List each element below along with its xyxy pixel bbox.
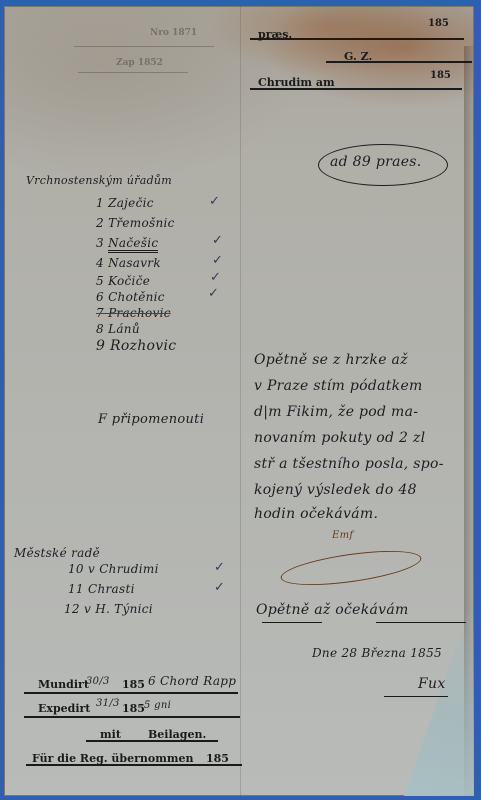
list-item: 4 Nasavrk (96, 256, 161, 270)
closing-line: Opětně až očekávám (256, 602, 409, 618)
chrudim-rule (250, 88, 462, 90)
list-item: 8 Lánů (96, 322, 140, 336)
document-sheet: Nro 1871 Zap 1852 præs. 185 G. Z. Chrudi… (4, 6, 474, 796)
uebernommen-rule (26, 764, 242, 766)
list-heading: Vrchnostenským úřadům (26, 174, 172, 187)
check-mark-icon: ✓ (209, 194, 220, 209)
list-item: 1 Zaječic (96, 196, 154, 210)
gz-rule (326, 61, 472, 63)
main-text-line: stř a tšestního posla, spo- (254, 456, 444, 472)
check-mark-icon: ✓ (210, 270, 221, 285)
faded-rule (74, 46, 214, 47)
expedirt-rule (24, 716, 240, 718)
main-text-line: d|m Fikim, že pod ma- (254, 404, 418, 420)
initials: Emf (332, 530, 353, 541)
beilagen-rule (86, 740, 218, 742)
mundirt-rule (24, 692, 238, 694)
underline (262, 622, 322, 623)
mundirt-label: Mundirt (38, 678, 89, 691)
faded-rule (78, 72, 188, 73)
reminder-note: F připomenouti (98, 412, 204, 427)
town-item: 10 v Chrudimi (68, 562, 159, 576)
mundirt-date: 30/3 (86, 676, 110, 687)
check-mark-icon: ✓ (214, 560, 225, 575)
list-item: 3 Načešic (96, 236, 158, 250)
mundirt-handwriting: 6 Chord Rapp (148, 674, 236, 688)
check-mark-icon: ✓ (208, 286, 219, 301)
list-item: 9 Rozhovic (96, 338, 176, 354)
main-text-line: Opětně se z hrzke až (254, 352, 408, 368)
mundirt-year: 185 (122, 678, 145, 691)
reference-text: ad 89 praes. (330, 154, 422, 170)
expedirt-handwriting: 5 gni (144, 700, 171, 711)
faded-stamp: Nro 1871 (150, 28, 197, 38)
town-item: 12 v H. Týnici (64, 602, 153, 616)
town-item: 11 Chrasti (68, 582, 135, 596)
check-mark-icon: ✓ (212, 253, 223, 268)
expedirt-label: Expedirt (38, 702, 90, 715)
flourish (279, 544, 424, 591)
town-heading: Městské radě (14, 546, 100, 560)
signature-rule (384, 696, 448, 697)
check-mark-icon: ✓ (212, 233, 223, 248)
list-item: 2 Třemošnic (96, 216, 175, 230)
date-line: Dne 28 Března 1855 (312, 646, 442, 660)
praes-rule (250, 38, 464, 40)
list-item: 6 Chotěnic (96, 290, 165, 304)
list-item: 5 Kočiče (96, 274, 150, 288)
main-text-line: hodin očekávám. (254, 506, 378, 522)
signature: Fux (418, 676, 446, 692)
check-mark-icon: ✓ (214, 580, 225, 595)
list-item-struck: 7 Prachovic (96, 306, 171, 320)
faded-stamp-sub: Zap 1852 (116, 58, 163, 68)
chrudim-year: 185 (430, 70, 451, 81)
main-text-line: v Praze stím pódatkem (254, 378, 423, 394)
main-text-line: novaním pokuty od 2 zl (254, 430, 425, 446)
expedirt-year: 185 (122, 702, 145, 715)
fold-line (240, 6, 241, 796)
underline (376, 622, 466, 623)
praes-year: 185 (428, 18, 449, 29)
main-text-line: kojený výsledek do 48 (254, 482, 417, 498)
expedirt-date: 31/3 (96, 698, 120, 709)
